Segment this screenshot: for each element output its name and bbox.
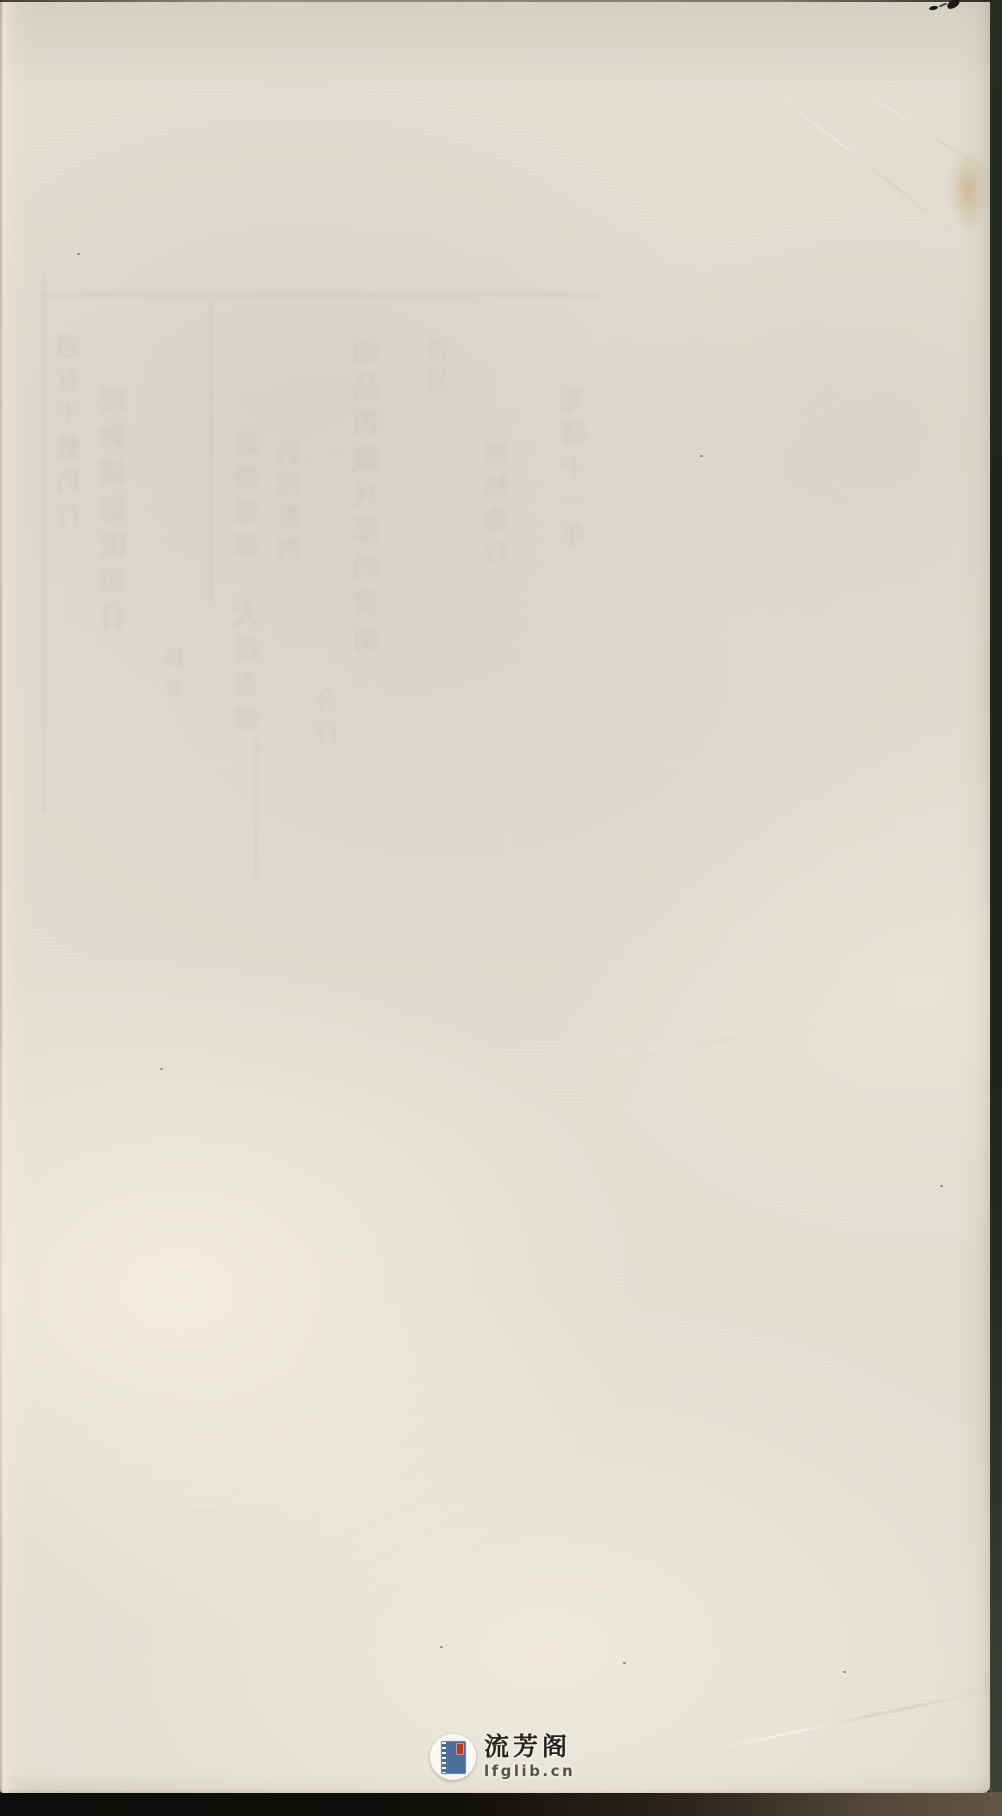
paper-speck [623, 1662, 626, 1664]
paper-crease [585, 1033, 774, 1058]
scanner-right-edge-strip [989, 0, 1002, 1816]
bleed-text-column: 察核施行 [485, 440, 510, 572]
paper-wrinkle-ring [706, 336, 990, 658]
bleed-text-column: 仍照舊例 [280, 440, 304, 568]
scanner-top-edge-line [0, 0, 992, 2]
paper-speck [77, 253, 80, 255]
bleed-rule-line [40, 294, 600, 296]
paper-speck [940, 1185, 943, 1187]
bleed-text-column: 大員查辦 [236, 600, 263, 740]
paper-crease [696, 1690, 990, 1754]
book-binding-icon [442, 1742, 446, 1773]
paper-crease [769, 88, 967, 243]
bleed-rule-line [255, 740, 257, 880]
watermark-text: 流芳阁 lfglib.cn [484, 1734, 575, 1780]
paper-crease [837, 74, 990, 190]
watermark: 流芳阁 lfglib.cn [430, 1732, 575, 1782]
bleed-text-column: 咨呈 [428, 336, 452, 400]
watermark-title: 流芳阁 [484, 1734, 575, 1760]
bleed-text-column: 遇有不敷仍行 [58, 332, 84, 536]
watermark-url: lfglib.cn [484, 1762, 575, 1780]
paper-speck [440, 1646, 443, 1648]
bleed-text-column: 合行 [318, 688, 342, 752]
bleed-text-column: 員弁 [166, 646, 188, 706]
scanned-book-page: 遇有不敷仍行班勦捕盜匪頭目員弁造冊報部大員查辦仍照舊例合行頭品頂戴兵部尚書銜咨呈… [0, 0, 1002, 1816]
book-icon [441, 1741, 466, 1774]
watermark-badge [430, 1734, 476, 1780]
paper-speck [160, 1068, 163, 1070]
bleed-rule-line [210, 300, 212, 600]
bleed-text-column: 光緒十一年 [563, 386, 589, 556]
paper-stain [948, 148, 990, 232]
book-title-label-icon [456, 1743, 464, 1755]
paper-wrinkle-ring [768, 390, 990, 602]
paper-speck [700, 455, 703, 457]
bleed-text-column: 班勦捕盜匪頭目 [101, 386, 129, 638]
bleed-text-column: 頭品頂戴兵部尚書銜 [354, 336, 382, 660]
ink-mark [926, 0, 964, 14]
bleed-through-layer: 遇有不敷仍行班勦捕盜匪頭目員弁造冊報部大員查辦仍照舊例合行頭品頂戴兵部尚書銜咨呈… [0, 0, 990, 1793]
bleed-text-column: 造冊報部 [236, 430, 262, 566]
paper-crease [60, 1502, 290, 1516]
scanner-bottom-edge-strip [0, 1792, 1002, 1816]
bleed-rule-line [43, 272, 45, 812]
paper-speck [843, 1671, 846, 1673]
blank-paper-leaf: 遇有不敷仍行班勦捕盜匪頭目員弁造冊報部大員查辦仍照舊例合行頭品頂戴兵部尚書銜咨呈… [0, 0, 990, 1793]
